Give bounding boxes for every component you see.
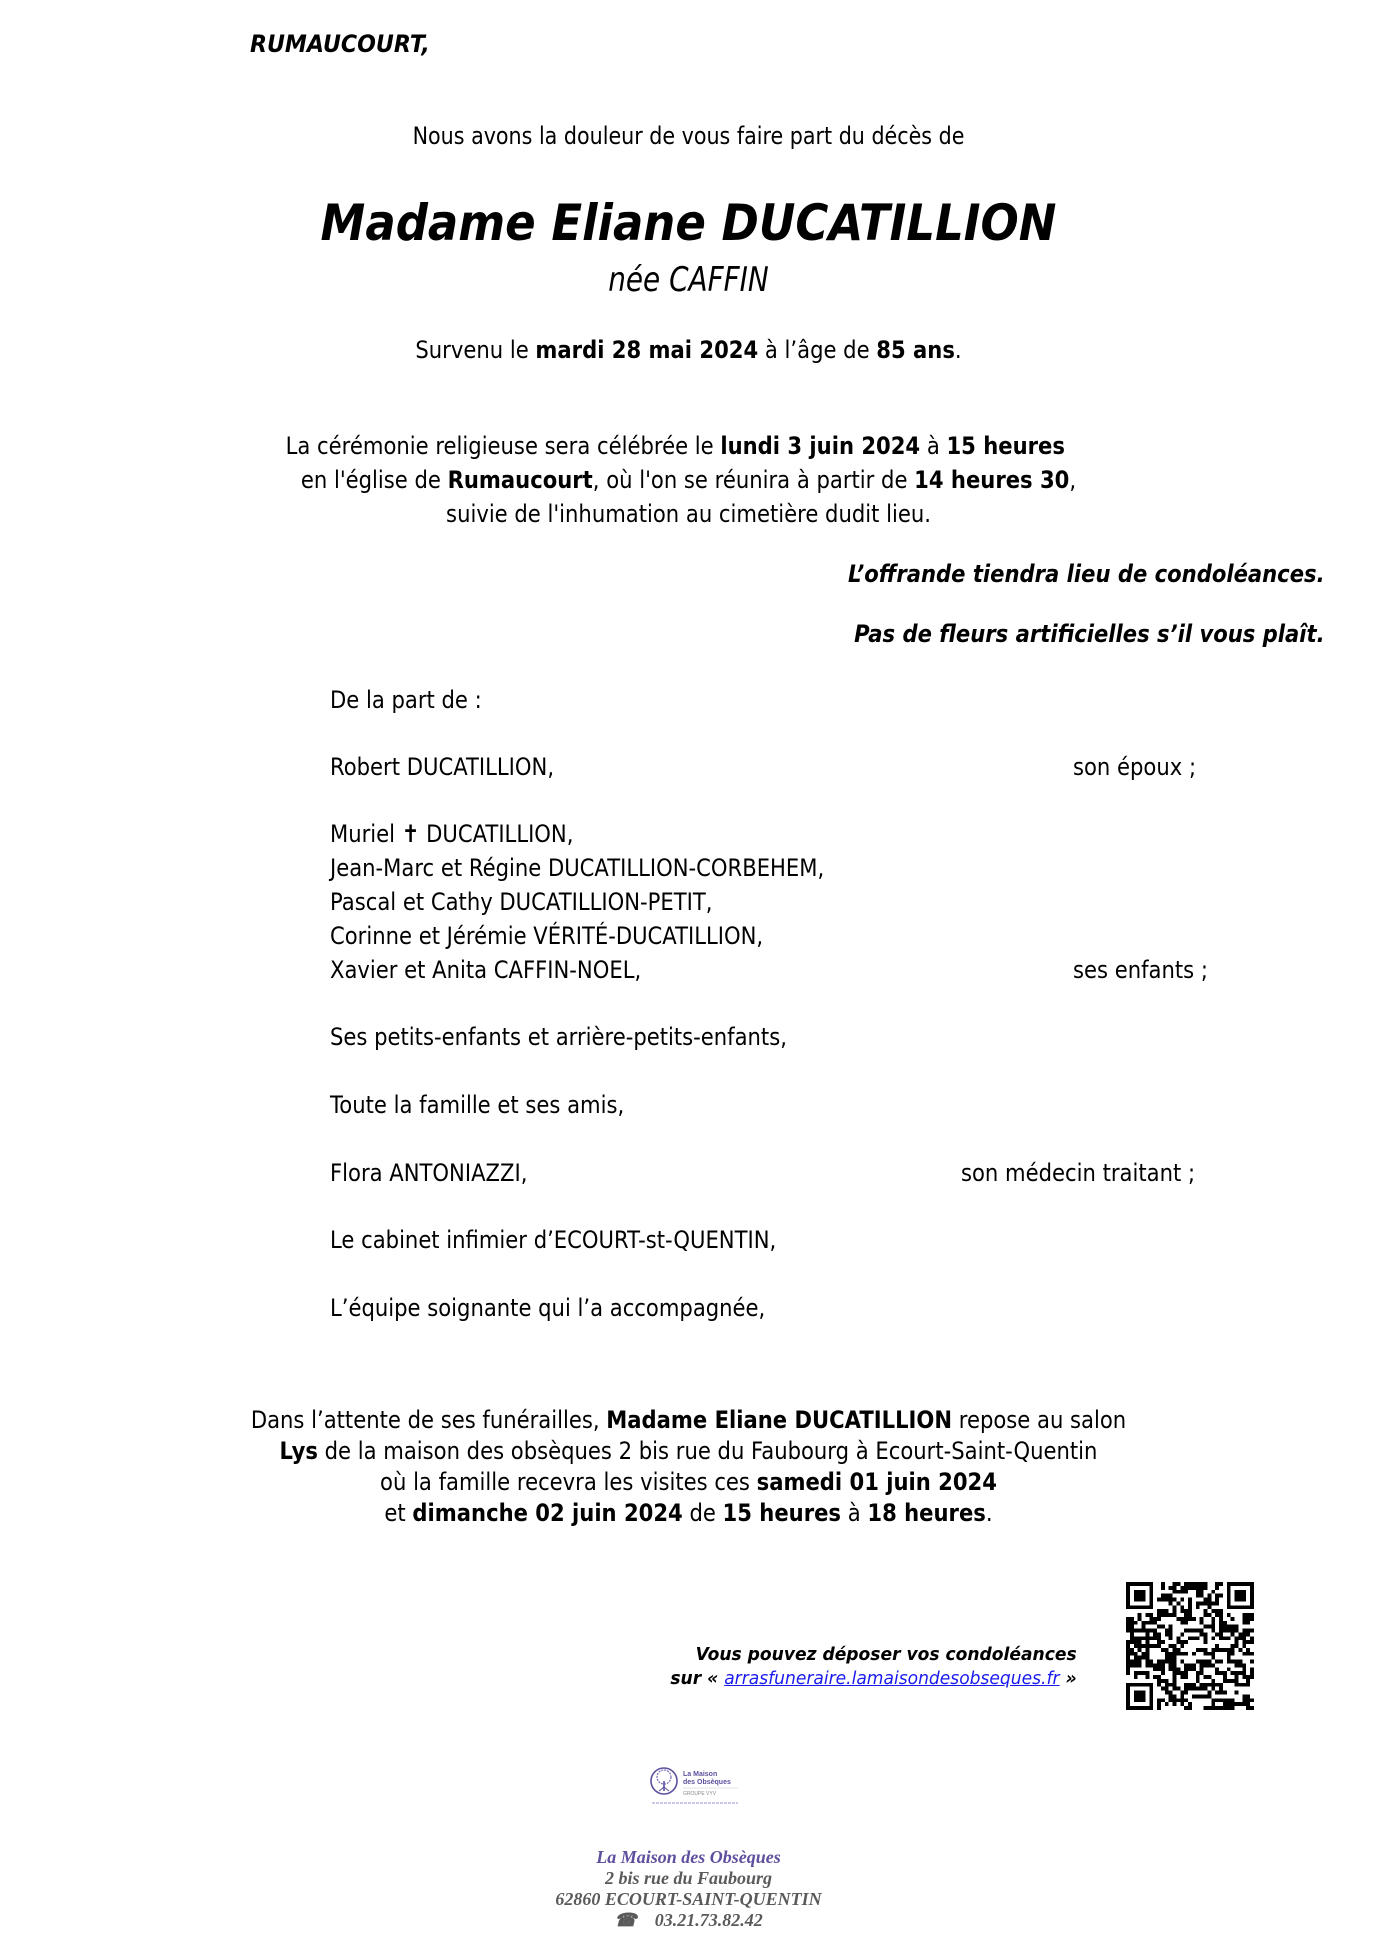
family-friends-line: Toute la famille et ses amis,	[330, 1091, 624, 1119]
ceremony-text: à	[920, 432, 946, 460]
ceremony-line-1: La cérémonie religieuse sera célébrée le…	[83, 432, 1295, 460]
svg-text:des Obsèques: des Obsèques	[683, 1779, 731, 1786]
visitation-date-1: samedi 01 juin 2024	[757, 1468, 997, 1496]
visitation-line-4: et dimanche 02 juin 2024 de 15 heures à …	[83, 1499, 1295, 1530]
ceremony-text: ,	[1069, 466, 1076, 494]
doctor-relation: son médecin traitant ;	[961, 1159, 1195, 1187]
spouse-name: Robert DUCATILLION,	[330, 753, 554, 781]
death-mid: à l’âge de	[758, 336, 876, 364]
ceremony-date: lundi 3 juin 2024	[720, 432, 920, 460]
death-suffix: .	[955, 336, 962, 364]
visitation-deceased-name: Madame Eliane DUCATILLION	[606, 1406, 952, 1434]
child-first-name: Muriel	[330, 820, 402, 848]
visitation-text: et	[384, 1499, 412, 1527]
care-team-line: L’équipe soignante qui l’a accompagnée,	[330, 1294, 765, 1322]
ceremony-place: Rumaucourt	[448, 466, 593, 494]
death-info: Survenu le mardi 28 mai 2024 à l’âge de …	[83, 336, 1295, 364]
child-line: Muriel ✝ DUCATILLION,	[330, 820, 573, 848]
visitation-start-time: 15 heures	[723, 1499, 841, 1527]
svg-text:GROUPE VYV: GROUPE VYV	[683, 1791, 717, 1797]
funeral-home-phone: ☎ 03.21.73.82.42	[0, 1910, 1377, 1931]
ceremony-text: en l'église de	[301, 466, 448, 494]
condolences-link[interactable]: arrasfuneraire.lamaisondesobseques.fr	[725, 1668, 1060, 1689]
phone-number: 03.21.73.82.42	[655, 1910, 763, 1930]
funeral-home-street: 2 bis rue du Faubourg	[0, 1868, 1377, 1889]
visitation-date-2: dimanche 02 juin 2024	[412, 1499, 682, 1527]
visitation-line-3: où la famille recevra les visites ces sa…	[83, 1468, 1295, 1499]
visitation-text: de	[683, 1499, 723, 1527]
ceremony-line-3: suivie de l'inhumation au cimetière dudi…	[83, 500, 1295, 528]
condolences-suffix: »	[1060, 1668, 1077, 1689]
child-line: Corinne et Jérémie VÉRITÉ-DUCATILLION,	[330, 922, 763, 950]
nurses-line: Le cabinet infimier d’ECOURT-st-QUENTIN,	[330, 1226, 776, 1254]
visitation-block: Dans l’attente de ses funérailles, Madam…	[83, 1406, 1295, 1530]
child-line: Xavier et Anita CAFFIN-NOEL,	[330, 956, 641, 984]
family-heading: De la part de :	[330, 686, 482, 714]
grandchildren-line: Ses petits-enfants et arrière-petits-enf…	[330, 1023, 787, 1051]
visitation-end-time: 18 heures	[867, 1499, 985, 1527]
visitation-text: de la maison des obsèques 2 bis rue du F…	[318, 1437, 1098, 1465]
qr-code-icon[interactable]	[1126, 1582, 1254, 1710]
child-line: Pascal et Cathy DUCATILLION-PETIT,	[330, 888, 712, 916]
funeral-home-name: La Maison des Obsèques	[0, 1847, 1377, 1868]
condolences-notice: Vous pouvez déposer vos condoléances sur…	[671, 1643, 1077, 1691]
deceased-name: Madame Eliane DUCATILLION	[69, 194, 1308, 252]
intro-text: Nous avons la douleur de vous faire part…	[96, 122, 1280, 150]
cross-icon: ✝	[402, 820, 420, 848]
salon-name: Lys	[280, 1437, 318, 1465]
visitation-line-2: Lys de la maison des obsèques 2 bis rue …	[83, 1437, 1295, 1468]
doctor-name: Flora ANTONIAZZI,	[330, 1159, 527, 1187]
town-heading: RUMAUCOURT,	[250, 30, 430, 58]
ceremony-text: , où l'on se réunira à partir de	[593, 466, 914, 494]
condolences-prefix: sur «	[671, 1668, 725, 1689]
visitation-text: Dans l’attente de ses funérailles,	[251, 1406, 606, 1434]
visitation-text: repose au salon	[952, 1406, 1126, 1434]
footer-address: La Maison des Obsèques 2 bis rue du Faub…	[0, 1847, 1377, 1931]
visitation-line-1: Dans l’attente de ses funérailles, Madam…	[83, 1406, 1295, 1437]
children-relation: ses enfants ;	[1073, 956, 1208, 984]
ceremony-text: La cérémonie religieuse sera célébrée le	[286, 432, 721, 460]
phone-icon: ☎	[614, 1910, 636, 1930]
visitation-text: à	[841, 1499, 867, 1527]
offering-note: L’offrande tiendra lieu de condoléances.	[848, 560, 1325, 588]
spouse-relation: son époux ;	[1073, 753, 1196, 781]
child-last-name: DUCATILLION,	[419, 820, 573, 848]
death-date: mardi 28 mai 2024	[535, 336, 758, 364]
visitation-text: .	[986, 1499, 993, 1527]
death-prefix: Survenu le	[415, 336, 535, 364]
condolences-text: Vous pouvez déposer vos condoléances	[696, 1644, 1077, 1665]
visitation-text: où la famille recevra les visites ces	[380, 1468, 757, 1496]
funeral-home-city: 62860 ECOURT-SAINT-QUENTIN	[0, 1889, 1377, 1910]
child-line: Jean-Marc et Régine DUCATILLION-CORBEHEM…	[330, 854, 824, 882]
maiden-name: née CAFFIN	[124, 260, 1253, 300]
ceremony-time: 15 heures	[946, 432, 1064, 460]
funeral-home-logo: La Maison des Obsèques GROUPE VYV	[648, 1765, 758, 1813]
ceremony-line-2: en l'église de Rumaucourt, où l'on se ré…	[83, 466, 1295, 494]
no-flowers-note: Pas de fleurs artificielles s’il vous pl…	[855, 620, 1325, 648]
svg-text:La Maison: La Maison	[683, 1771, 717, 1778]
gathering-time: 14 heures 30	[914, 466, 1069, 494]
death-age: 85 ans	[876, 336, 955, 364]
